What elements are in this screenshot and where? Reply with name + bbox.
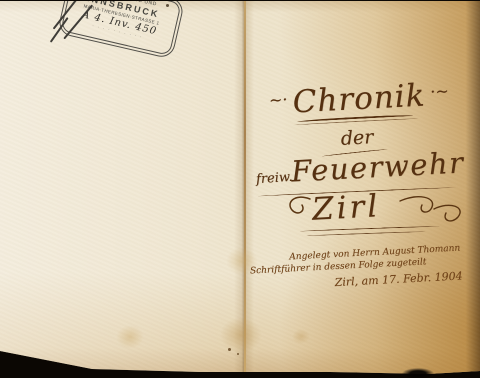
zirl-left-flourish [284,195,312,221]
paper-stain [220,317,262,353]
flourish-left: ∼· [268,90,287,110]
title-chronik: Chronik [292,78,427,121]
paper-stain [292,329,310,344]
word-der: der [321,125,392,151]
word-feuerwehr: Feuerwehr [290,145,465,188]
library-stamp-border: BUCHHANDLUNG UND INNSBRUCK MARIA-THERESI… [60,0,181,56]
ink-speck [228,348,231,351]
zirl-right-flourish [398,191,468,225]
paper-stain [116,325,144,349]
ink-speck [237,353,239,355]
dedication-date-line: Zirl, am 17. Febr. 1904 [334,270,457,289]
word-freiw: freiw. [256,170,294,188]
open-book-page-spread: BUCHHANDLUNG UND INNSBRUCK MARIA-THERESI… [0,1,480,378]
zirl-underline-second [306,231,426,236]
word-zirl: Zirl [311,188,381,228]
dedication-note: Angelegt von Herrn August Thomann Schrif… [249,244,461,294]
flourish-right: ·∼ [430,81,449,101]
book-photo: BUCHHANDLUNG UND INNSBRUCK MARIA-THERESI… [0,0,480,378]
photo-background-spot [402,368,434,378]
library-stamp: BUCHHANDLUNG UND INNSBRUCK MARIA-THERESI… [57,0,185,60]
chronicle-title-line: ∼· Chronik ·∼ [265,76,453,122]
